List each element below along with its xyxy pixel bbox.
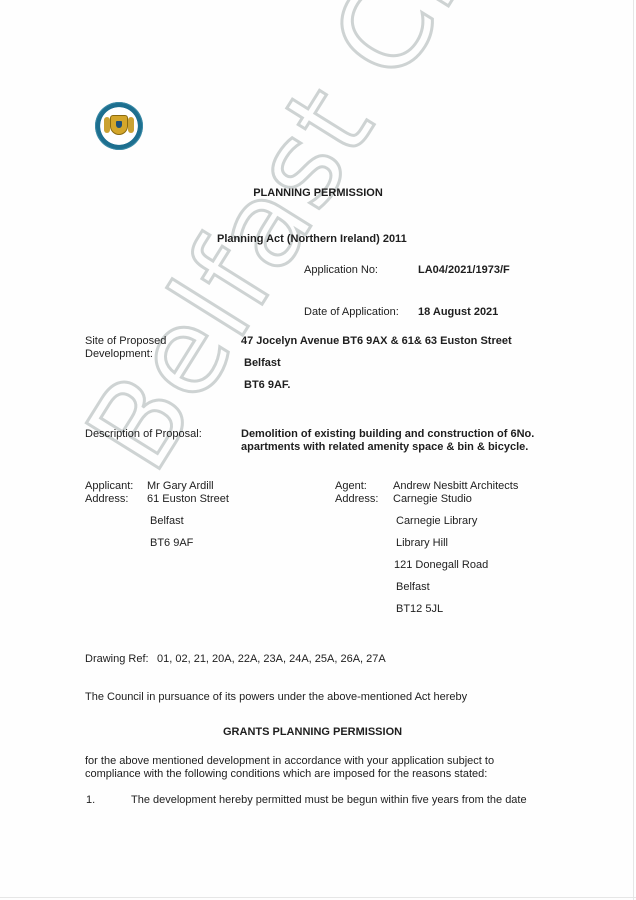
applicant-label: Applicant: — [85, 480, 133, 492]
page-edge — [633, 0, 634, 900]
crest-supporter-icon — [128, 117, 134, 133]
site-address-line: Belfast — [244, 357, 281, 369]
application-number-label: Application No: — [304, 264, 378, 276]
agent-address-line: Carnegie Library — [396, 515, 477, 527]
agent-address-line: Belfast — [396, 581, 430, 593]
site-address-line: BT6 9AF. — [244, 379, 290, 391]
proposal-text: apartments with related amenity space & … — [241, 441, 528, 453]
document-heading: PLANNING PERMISSION — [0, 187, 636, 199]
grant-heading: GRANTS PLANNING PERMISSION — [223, 726, 402, 738]
council-statement: The Council in pursuance of its powers u… — [85, 691, 467, 703]
watermark: Belfast City Council — [60, 0, 636, 493]
page-edge — [0, 897, 636, 898]
site-label: Development: — [85, 348, 153, 360]
condition-text: The development hereby permitted must be… — [131, 794, 527, 806]
agent-address-line: Carnegie Studio — [393, 493, 472, 505]
applicant-address-line: 61 Euston Street — [147, 493, 229, 505]
crest-shield-icon — [110, 115, 128, 135]
act-title: Planning Act (Northern Ireland) 2011 — [217, 233, 407, 245]
council-crest-logo — [95, 102, 143, 150]
drawing-ref-value: 01, 02, 21, 20A, 22A, 23A, 24A, 25A, 26A… — [157, 653, 386, 665]
applicant-address-label: Address: — [85, 493, 128, 505]
compliance-text: compliance with the following conditions… — [85, 768, 487, 780]
drawing-ref-label: Drawing Ref: — [85, 653, 149, 665]
agent-address-label: Address: — [335, 493, 378, 505]
applicant-address-line: Belfast — [150, 515, 184, 527]
agent-name: Andrew Nesbitt Architects — [393, 480, 518, 492]
application-date-label: Date of Application: — [304, 306, 399, 318]
agent-address-line: 121 Donegall Road — [394, 559, 488, 571]
site-address-line: 47 Jocelyn Avenue BT6 9AX & 61& 63 Eusto… — [241, 335, 512, 347]
compliance-text: for the above mentioned development in a… — [85, 755, 494, 767]
agent-address-line: BT12 5JL — [396, 603, 443, 615]
agent-address-line: Library Hill — [396, 537, 448, 549]
application-date: 18 August 2021 — [418, 306, 498, 318]
agent-label: Agent: — [335, 480, 367, 492]
site-label: Site of Proposed — [85, 335, 166, 347]
condition-number: 1. — [86, 794, 95, 806]
applicant-address-line: BT6 9AF — [150, 537, 193, 549]
application-number: LA04/2021/1973/F — [418, 264, 510, 276]
proposal-label: Description of Proposal: — [85, 428, 202, 440]
proposal-text: Demolition of existing building and cons… — [241, 428, 534, 440]
applicant-name: Mr Gary Ardill — [147, 480, 214, 492]
